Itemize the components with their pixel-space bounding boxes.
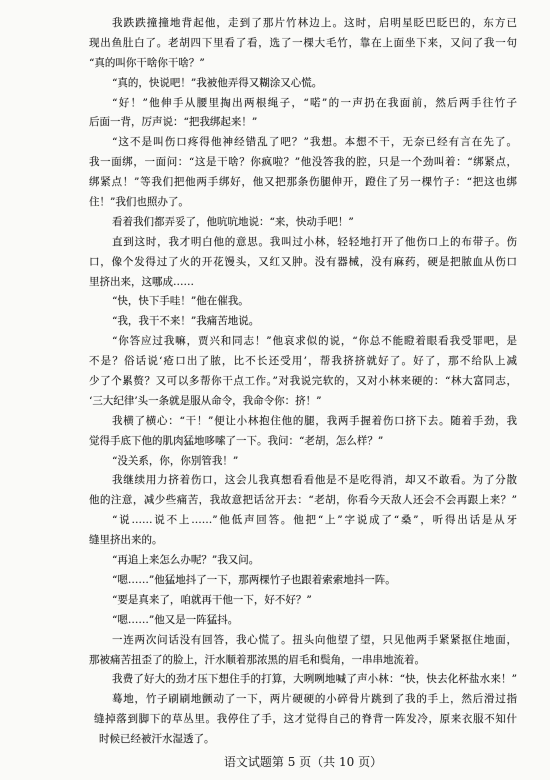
text-line: “说……说不上……”他低声回答。他把“上”字说成了“桑”，听得出话是从牙 [89, 511, 517, 531]
text-line: “我，我干不来！”我痛苦地说。 [89, 312, 517, 332]
text-line: 蓦地，竹子刷刷地颤动了一下，两片硬硬的小碎骨片跳到了我的手上，然后滑过指 [89, 690, 517, 710]
text-line: 缝掉落到脚下的草丛里。我停住了手，这才觉得自己的脊背一阵发冷，原来衣服不知什 [89, 710, 517, 730]
text-line: “再追上来怎么办呢？”我又问。 [89, 551, 517, 571]
text-line: “真的叫你干啥你干啥？” [89, 54, 517, 74]
text-line: “这不是叫伤口疼得他神经错乱了吧？”我想。本想不干，无奈已经有言在先了。 [89, 133, 517, 153]
text-line: 不是？俗话说‘疮口出了脓，比不长还受用’，帮我挤挤就好了。好了，那不给队上减 [89, 352, 517, 372]
text-line: 一连两次问话没有回答，我心慌了。扭头向他望了望，只见他两手紧紧抠住地面， [89, 631, 517, 651]
text-line: 住！”我们也照办了。 [89, 193, 517, 213]
text-line: 少了个累赘？又可以多帮你干点工作。”对我说完软的，又对小林来硬的：“林大富同志， [89, 372, 517, 392]
text-line: 我继续用力挤着伤口，这会儿我真想看看他是不是吃得消，却又不敢看。为了分散 [89, 471, 517, 491]
text-line: “要是真来了，咱就再干他一下，好不好？” [89, 591, 517, 611]
text-line: “没关系，你，你别管我！” [89, 452, 517, 472]
text-line: 我费了好大的劲才压下想住手的打算，大咧咧地喊了声小林：“快，快去化杯盐水来！” [89, 670, 517, 690]
text-line: “快，快下手哇！”他在催我。 [89, 292, 517, 312]
text-line: 口，像个发得过了火的开花馒头，又红又肿。没有器械，没有麻药，硬是把脓血从伤口 [89, 253, 517, 273]
page-number-footer: 语文试题第 5 页（共 10 页） [89, 753, 517, 771]
text-line: “你答应过我嘛，贾兴和同志！”他哀求似的说，“你总不能瞪着眼看我受罪吧，是 [89, 332, 517, 352]
text-line: 那被痛苦扭歪了的脸上，汗水顺着那浓黑的眉毛和鬓角，一串串地流着。 [89, 651, 517, 671]
text-line: “嗯……”他又是一阵猛抖。 [89, 611, 517, 631]
text-line: 后面一背，厉声说：“把我绑起来！” [89, 113, 517, 133]
text-line: 直到这时，我才明白他的意思。我叫过小林，轻轻地打开了他伤口上的布带子。伤 [89, 233, 517, 253]
text-line: 现出鱼肚白了。老胡四下里看了看，选了一棵大毛竹，靠在上面坐下来，又问了我一句 [89, 34, 517, 54]
text-line: 我跌跌撞撞地背起他，走到了那片竹林边上。这时，启明星眨巴眨巴的，东方已 [89, 14, 517, 34]
text-line: ‘三大纪律’头一条就是服从命令，我命令你：挤！” [89, 392, 517, 412]
text-line: 他的注意，减少些痛苦，我故意把话岔开去：“老胡，你看今天敌人还会不会再跟上来？” [89, 491, 517, 511]
text-line: 绑紧点！”等我们把他两手绑好，他又把那条伤腿伸开，蹬住了另一棵竹子：“把这也绑 [89, 173, 517, 193]
text-line: “嗯……”他猛地抖了一下，那两棵竹子也跟着索索地抖一阵。 [89, 571, 517, 591]
text-line: 看着我们都弄妥了，他吭吭地说：“来，快动手吧！” [89, 213, 517, 233]
text-line: 我一面绑，一面问：“这是干啥？你疯啦？”他没答我的腔，只是一个劲叫着：“绑紧点， [89, 153, 517, 173]
text-line: 时候已经被汗水湿透了。 [89, 730, 517, 750]
text-line: “好！”他伸手从腰里掏出两根绳子，“喏”的一声扔在我面前，然后两手往竹子 [89, 94, 517, 114]
text-line: 缝里挤出来的。 [89, 531, 517, 551]
text-line: “真的，快说吧！”我被他弄得又糊涂又心慌。 [89, 74, 517, 94]
story-text-body: 我跌跌撞撞地背起他，走到了那片竹林边上。这时，启明星眨巴眨巴的，东方已 现出鱼肚… [89, 14, 517, 750]
text-line: 里挤出来，这哪成…… [89, 273, 517, 293]
text-line: 觉得手底下他的肌肉猛地哆嗦了一下。我问：“老胡，怎么样？” [89, 432, 517, 452]
text-line: 我横了横心：“干！”便让小林抱住他的腿，我两手握着伤口挤下去。随着手劲，我 [89, 412, 517, 432]
